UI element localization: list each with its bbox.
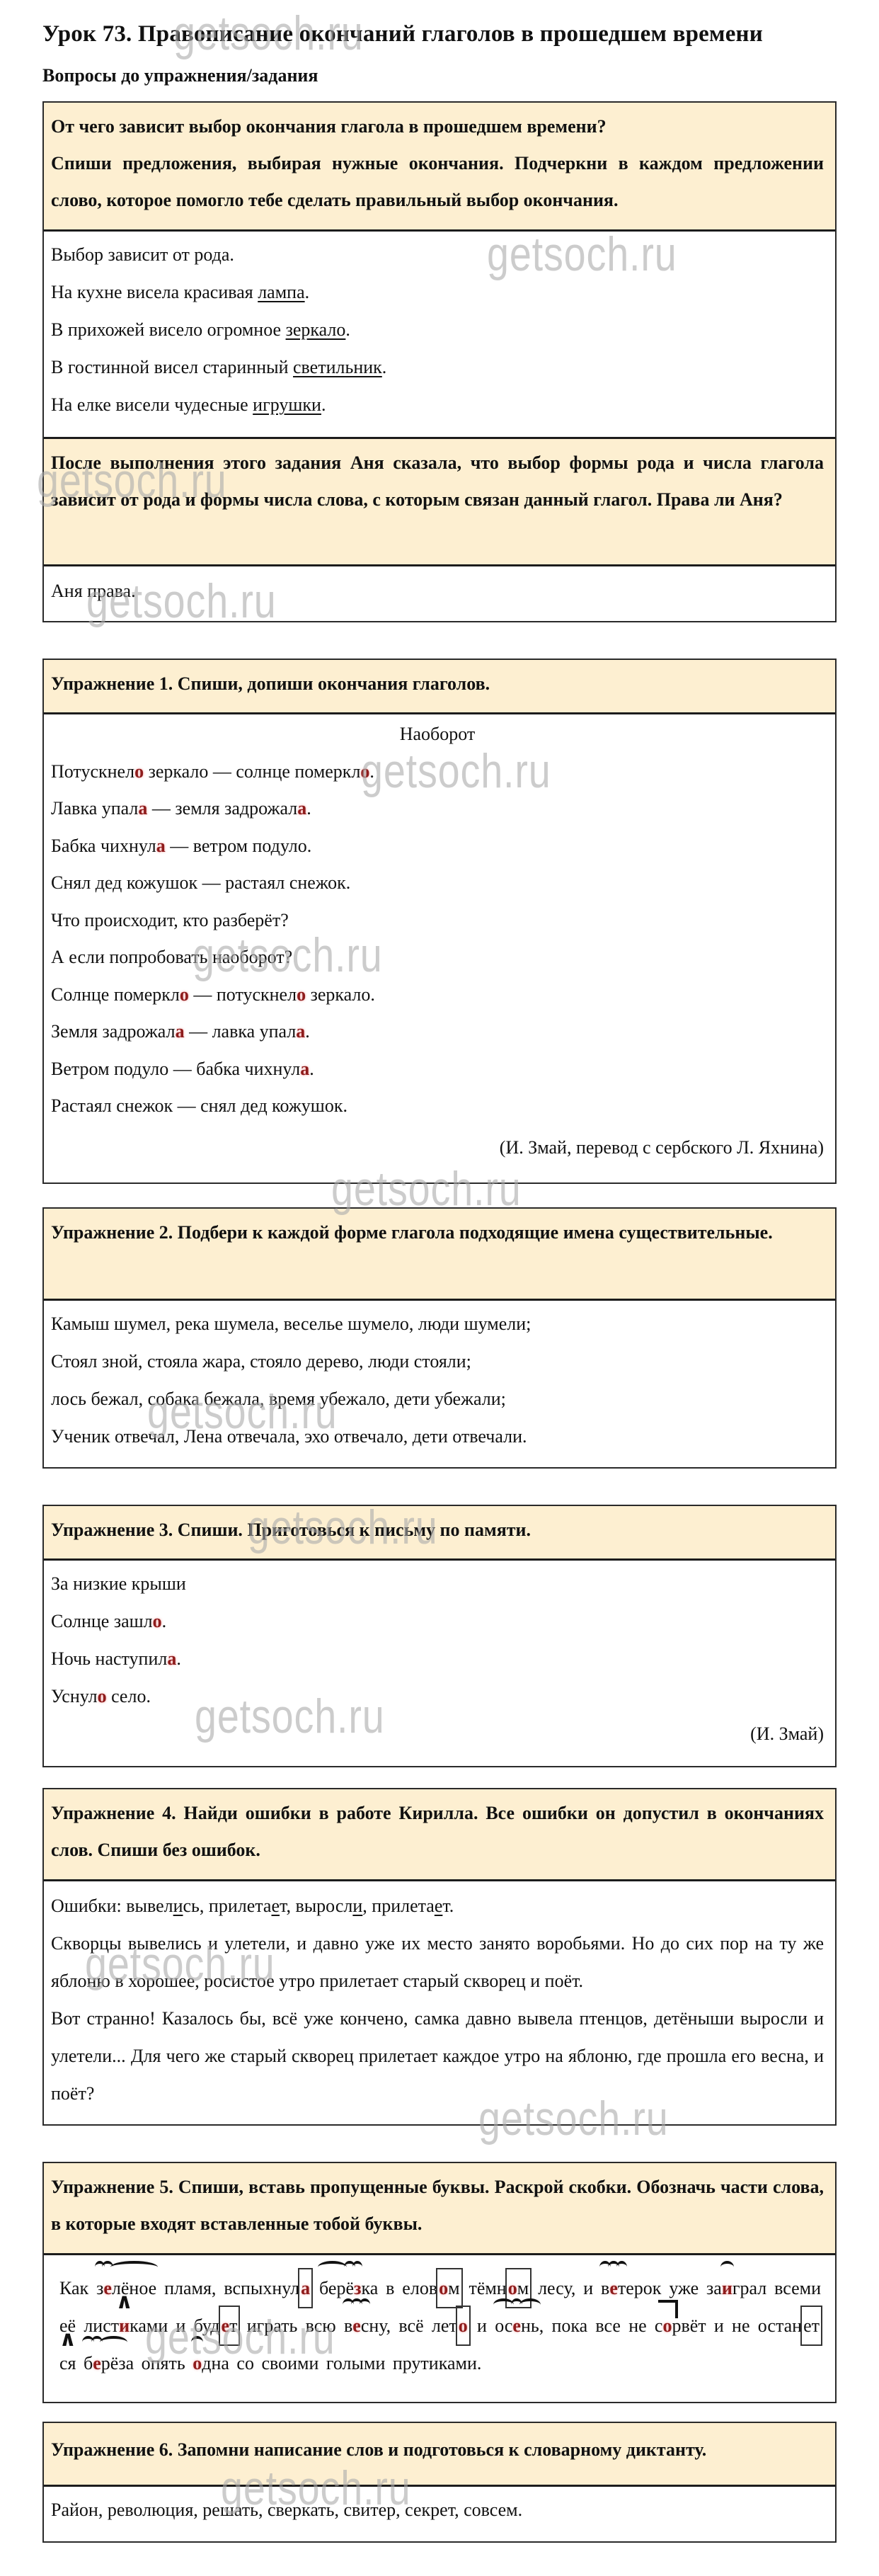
morpheme-mark-arc: т: [618, 2269, 626, 2307]
questions-card: От чего зависит выбор окончания глагола …: [42, 101, 837, 622]
exercise-5-body: Как зелёное пламя, вспыхнула берёзка в е…: [44, 2255, 835, 2402]
morpheme-mark-arc: в: [344, 2307, 352, 2344]
inserted-letter: а: [176, 1021, 185, 1042]
morpheme-mark-arc: в: [601, 2269, 609, 2307]
poem-line: Что происходит, кто разберёт?: [51, 902, 824, 940]
inserted-letter: о: [439, 2278, 448, 2298]
exercise-2-title: Упражнение 2. Подбери к каждой форме гла…: [44, 1209, 835, 1301]
inserted-letter: е: [93, 2353, 101, 2373]
morpheme-mark-arc: бер: [319, 2269, 345, 2307]
answer-line: Камыш шумел, река шумела, веселье шумело…: [51, 1305, 824, 1343]
poem-line: Потускнело зеркало — солнце померкло.: [51, 753, 824, 791]
answer-line: В прихожей висело огромное зеркало.: [51, 311, 824, 348]
exercise-6-body: Район, революция, решать, сверкать, свит…: [44, 2487, 835, 2541]
vocabulary-words: Район, революция, решать, сверкать, свит…: [51, 2491, 824, 2529]
paragraph: Скворцы вывелись и улетели, и давно уже …: [51, 1925, 824, 2000]
morpheme-mark-arc: б: [84, 2344, 93, 2382]
inserted-letter: з: [354, 2278, 361, 2298]
section-subtitle: Вопросы до упражнения/задания: [42, 65, 318, 86]
answer-line: На кухне висела красивая лампа.: [51, 273, 824, 311]
exercise-5-text: Как зелёное пламя, вспыхнула берёзка в е…: [59, 2269, 821, 2382]
underlined-letter: е: [435, 1896, 443, 1916]
question-1-line-2: Спиши предложения, выбирая нужные оконча…: [51, 145, 824, 219]
inserted-letter: а: [156, 836, 166, 856]
inserted-letter: о: [662, 2315, 672, 2336]
inserted-letter: а: [300, 1059, 309, 1079]
morpheme-mark-arc: е: [609, 2269, 618, 2307]
morpheme-mark-arc: е: [512, 2307, 521, 2344]
question-1-answer: Выбор зависит от рода. На кухне висела к…: [44, 232, 835, 437]
poem-line: Бабка чихнула — ветром подуло.: [51, 828, 824, 865]
page-title: Урок 73. Правописание окончаний глаголов…: [42, 21, 763, 47]
question-2-answer: Аня права.: [44, 566, 835, 621]
poem-line: А если попробовать наоборот?: [51, 939, 824, 976]
morpheme-mark-box: ет: [220, 2307, 239, 2344]
inserted-letter: е: [352, 2315, 361, 2336]
inserted-letter: о: [98, 1686, 107, 1706]
morpheme-mark-root-end: о: [662, 2307, 672, 2344]
morpheme-mark-arc: с: [361, 2307, 369, 2344]
inserted-letter: о: [153, 1611, 162, 1631]
exercise-2-card: Упражнение 2. Подбери к каждой форме гла…: [42, 1207, 837, 1469]
morpheme-mark-arc: нь: [521, 2307, 539, 2344]
exercise-1-body: Наоборот Потускнело зеркало — солнце пом…: [44, 714, 835, 1182]
citation: (И. Змай): [51, 1715, 824, 1753]
morpheme-mark-arc: о: [193, 2344, 202, 2382]
inserted-letter: о: [297, 984, 306, 1005]
inserted-letter: о: [134, 761, 144, 782]
poem-line: Солнце зашло.: [51, 1602, 824, 1640]
answer-line: Выбор зависит от рода.: [51, 236, 824, 273]
inserted-letter: а: [297, 798, 306, 819]
underlined-letter: и: [173, 1896, 183, 1916]
poem-line: Земля задрожала — лавка упала.: [51, 1013, 824, 1051]
poem-title: Наоборот: [51, 716, 824, 753]
exercise-4-title: Упражнение 4. Найди ошибки в работе Кири…: [44, 1789, 835, 1881]
inserted-letter: е: [222, 2315, 230, 2336]
morpheme-mark-arc: и: [722, 2269, 732, 2307]
answer-line: На елке висели чудесные игрушки.: [51, 386, 824, 423]
inserted-letter: о: [459, 2315, 468, 2336]
inserted-letter: и: [722, 2278, 732, 2298]
answer-line: лось бежал, собака бежала, время убежало…: [51, 1380, 824, 1418]
exercise-3-title: Упражнение 3. Спиши. Приготовься к письм…: [44, 1506, 835, 1561]
underlined-word: лампа: [258, 282, 304, 302]
poem-line: Ветром подуло — бабка чихнула.: [51, 1051, 824, 1088]
poem-line: Уснуло село.: [51, 1677, 824, 1715]
answer-line: Аня права.: [51, 572, 824, 610]
exercise-5-title: Упражнение 5. Спиши, вставь пропущенные …: [44, 2163, 835, 2255]
exercise-6-card: Упражнение 6. Запомни написание слов и п…: [42, 2422, 837, 2543]
poem-line: Ночь наступила.: [51, 1640, 824, 1677]
exercise-3-card: Упражнение 3. Спиши. Приготовься к письм…: [42, 1505, 837, 1767]
underlined-letter: и: [352, 1896, 362, 1916]
exercise-2-body: Камыш шумел, река шумела, веселье шумело…: [44, 1301, 835, 1467]
inserted-letter: а: [138, 798, 147, 819]
inserted-letter: е: [512, 2315, 521, 2336]
inserted-letter: о: [508, 2278, 517, 2298]
exercise-1-card: Упражнение 1. Спиши, допиши окончания гл…: [42, 659, 837, 1184]
inserted-letter: о: [193, 2353, 202, 2373]
inserted-letter: е: [609, 2278, 618, 2298]
inserted-letter: а: [296, 1021, 305, 1042]
poem-line: За низкие крыши: [51, 1565, 824, 1602]
errors-line: Ошибки: вывелись, прилетает, выросли, пр…: [51, 1887, 824, 1925]
morpheme-mark-box: ет: [802, 2307, 821, 2344]
morpheme-mark-arc: ос: [495, 2307, 512, 2344]
morpheme-mark-arc: е: [352, 2307, 361, 2344]
paragraph: Вот странно! Казалось бы, всё уже кончен…: [51, 2000, 824, 2112]
exercise-4-body: Ошибки: вывелись, прилетает, выросли, пр…: [44, 1881, 835, 2124]
exercise-3-body: За низкие крышиСолнце зашло.Ночь наступи…: [44, 1561, 835, 1766]
poem-line: Лавка упала — земля задрожала.: [51, 790, 824, 828]
question-1-line-1: От чего зависит выбор окончания глагола …: [51, 108, 824, 145]
morpheme-mark-arc: рёз: [101, 2344, 126, 2382]
inserted-letter: и: [119, 2315, 130, 2336]
inserted-letter: а: [167, 1648, 176, 1669]
morpheme-mark-arc: е: [93, 2344, 101, 2382]
underlined-letter: е: [271, 1896, 280, 1916]
inserted-letter: е: [103, 2278, 112, 2298]
morpheme-mark-box: ом: [437, 2269, 461, 2307]
question-2-prompt: После выполнения этого задания Аня сказа…: [44, 437, 835, 566]
poem-line: Снял дед кожушок — растаял снежок.: [51, 865, 824, 902]
inserted-letter: а: [301, 2278, 310, 2298]
underlined-word: светильник: [293, 357, 382, 377]
exercise-1-title: Упражнение 1. Спиши, допиши окончания гл…: [44, 660, 835, 714]
inserted-letter: о: [360, 761, 369, 782]
underlined-word: зеркало: [286, 319, 346, 340]
inserted-letter: о: [180, 984, 189, 1005]
exercise-5-card: Упражнение 5. Спиши, вставь пропущенные …: [42, 2162, 837, 2403]
exercise-4-card: Упражнение 4. Найди ошибки в работе Кири…: [42, 1788, 837, 2126]
morpheme-mark-arc: з: [96, 2269, 103, 2307]
poem-line: Растаял снежок — снял дед кожушок.: [51, 1088, 824, 1125]
answer-line: В гостинной висел старинный светильник.: [51, 348, 824, 386]
morpheme-mark-box: о: [457, 2307, 469, 2344]
morpheme-mark-hat: ся: [59, 2344, 76, 2382]
morpheme-mark-box: а: [299, 2269, 311, 2307]
question-1-prompt: От чего зависит выбор окончания глагола …: [44, 103, 835, 232]
poem-line: Солнце померкло — потускнело зеркало.: [51, 976, 824, 1014]
answer-line: Стоял зной, стояла жара, стояло дерево, …: [51, 1343, 824, 1380]
answer-line: Ученик отвечал, Лена отвечала, эхо отвеч…: [51, 1418, 824, 1455]
exercise-6-title: Упражнение 6. Запомни написание слов и п…: [44, 2423, 835, 2487]
morpheme-mark-arc: е: [103, 2269, 112, 2307]
citation: (И. Змай, перевод с сербского Л. Яхнина): [51, 1129, 824, 1167]
underlined-word: игрушки: [253, 394, 321, 415]
